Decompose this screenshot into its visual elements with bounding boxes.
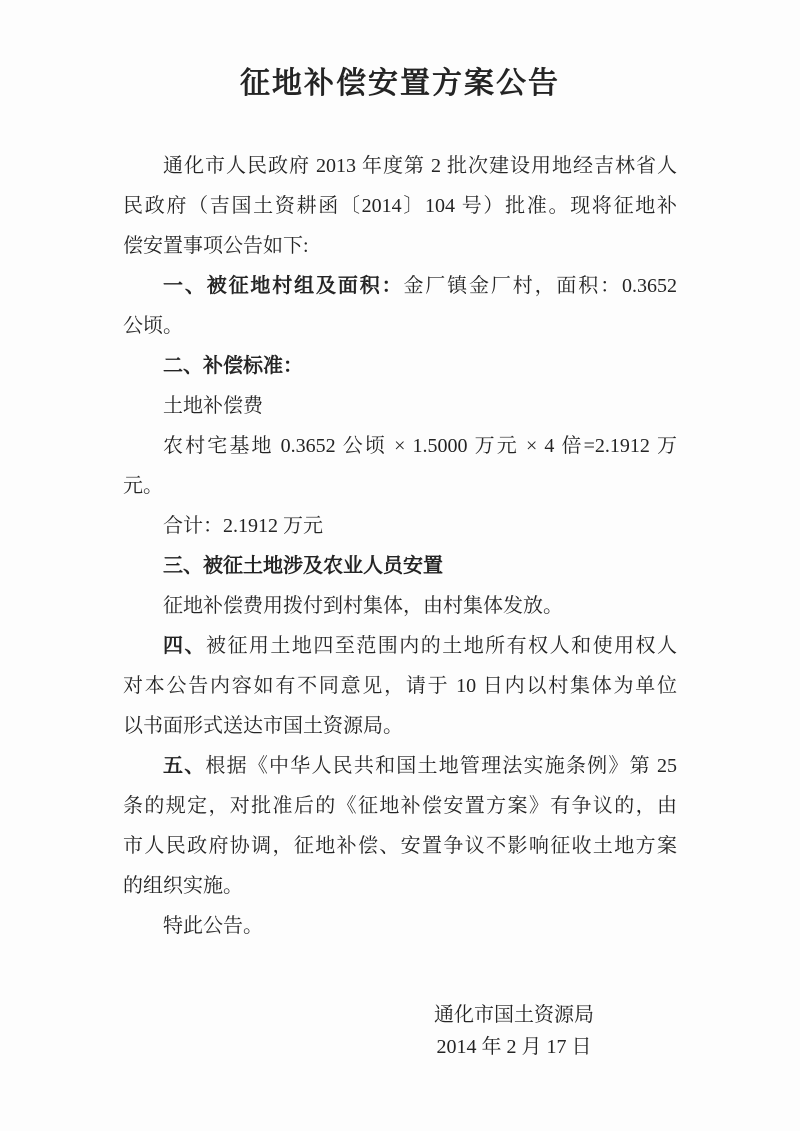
body-line: 以书面形式送达市国土资源局。 — [123, 706, 677, 746]
document-page: 征地补偿安置方案公告 通化市人民政府 2013 年度第 2 批次建设用地经吉林省… — [0, 0, 800, 1131]
section-heading-run: 一、被征地村组及面积： — [163, 275, 403, 297]
body-line: 元。 — [123, 466, 677, 506]
section-heading-run: 二、补偿标准： — [163, 355, 303, 377]
body-line: 四、被征用土地四至范围内的土地所有权人和使用权人 — [123, 626, 677, 666]
signature-org: 通化市国土资源局 — [426, 999, 602, 1031]
document-body: 通化市人民政府 2013 年度第 2 批次建设用地经吉林省人民政府（吉国土资耕函… — [123, 146, 677, 946]
text-run: 通化市人民政府 2013 年度第 2 批次建设用地经吉林省人 — [163, 155, 677, 177]
body-line: 的组织实施。 — [123, 866, 677, 906]
body-line: 通化市人民政府 2013 年度第 2 批次建设用地经吉林省人 — [123, 146, 677, 186]
text-run: 合计：2.1912 万元 — [163, 515, 323, 537]
section-heading-run: 三、被征土地涉及农业人员安置 — [163, 555, 443, 577]
text-run: 特此公告。 — [163, 915, 263, 937]
body-line: 民政府（吉国土资耕函〔2014〕104 号）批准。现将征地补 — [123, 186, 677, 226]
text-run: 金厂镇金厂村，面积：0.3652 — [403, 275, 677, 297]
signature-date: 2014 年 2 月 17 日 — [426, 1031, 602, 1063]
text-run: 公顷。 — [123, 315, 183, 337]
body-line: 公顷。 — [123, 306, 677, 346]
body-line: 市人民政府协调，征地补偿、安置争议不影响征收土地方案 — [123, 826, 677, 866]
body-line: 三、被征土地涉及农业人员安置 — [123, 546, 677, 586]
document-title: 征地补偿安置方案公告 — [0, 64, 800, 104]
body-line: 土地补偿费 — [123, 386, 677, 426]
body-line: 偿安置事项公告如下: — [123, 226, 677, 266]
body-line: 对本公告内容如有不同意见，请于 10 日内以村集体为单位 — [123, 666, 677, 706]
text-run: 根据《中华人民共和国土地管理法实施条例》第 25 — [205, 755, 677, 777]
body-line: 合计：2.1912 万元 — [123, 506, 677, 546]
section-heading-run: 五、 — [163, 755, 205, 777]
text-run: 偿安置事项公告如下: — [123, 235, 309, 257]
body-line: 征地补偿费用拨付到村集体，由村集体发放。 — [123, 586, 677, 626]
body-line: 条的规定，对批准后的《征地补偿安置方案》有争议的，由 — [123, 786, 677, 826]
text-run: 对本公告内容如有不同意见，请于 10 日内以村集体为单位 — [123, 675, 677, 697]
body-line: 一、被征地村组及面积：金厂镇金厂村，面积：0.3652 — [123, 266, 677, 306]
body-line: 五、根据《中华人民共和国土地管理法实施条例》第 25 — [123, 746, 677, 786]
text-run: 市人民政府协调，征地补偿、安置争议不影响征收土地方案 — [123, 835, 677, 857]
text-run: 元。 — [123, 475, 163, 497]
body-line: 特此公告。 — [123, 906, 677, 946]
text-run: 以书面形式送达市国土资源局。 — [123, 715, 403, 737]
body-line: 农村宅基地 0.3652 公顷 × 1.5000 万元 × 4 倍=2.1912… — [123, 426, 677, 466]
text-run: 农村宅基地 0.3652 公顷 × 1.5000 万元 × 4 倍=2.1912… — [163, 435, 677, 457]
text-run: 民政府（吉国土资耕函〔2014〕104 号）批准。现将征地补 — [123, 195, 677, 217]
text-run: 被征用土地四至范围内的土地所有权人和使用权人 — [206, 635, 677, 657]
text-run: 的组织实施。 — [123, 875, 243, 897]
text-run: 征地补偿费用拨付到村集体，由村集体发放。 — [163, 595, 563, 617]
signature-block: 通化市国土资源局 2014 年 2 月 17 日 — [426, 999, 602, 1063]
section-heading-run: 四、 — [163, 635, 206, 657]
body-line: 二、补偿标准： — [123, 346, 677, 386]
text-run: 条的规定，对批准后的《征地补偿安置方案》有争议的，由 — [123, 795, 677, 817]
text-run: 土地补偿费 — [163, 395, 263, 417]
